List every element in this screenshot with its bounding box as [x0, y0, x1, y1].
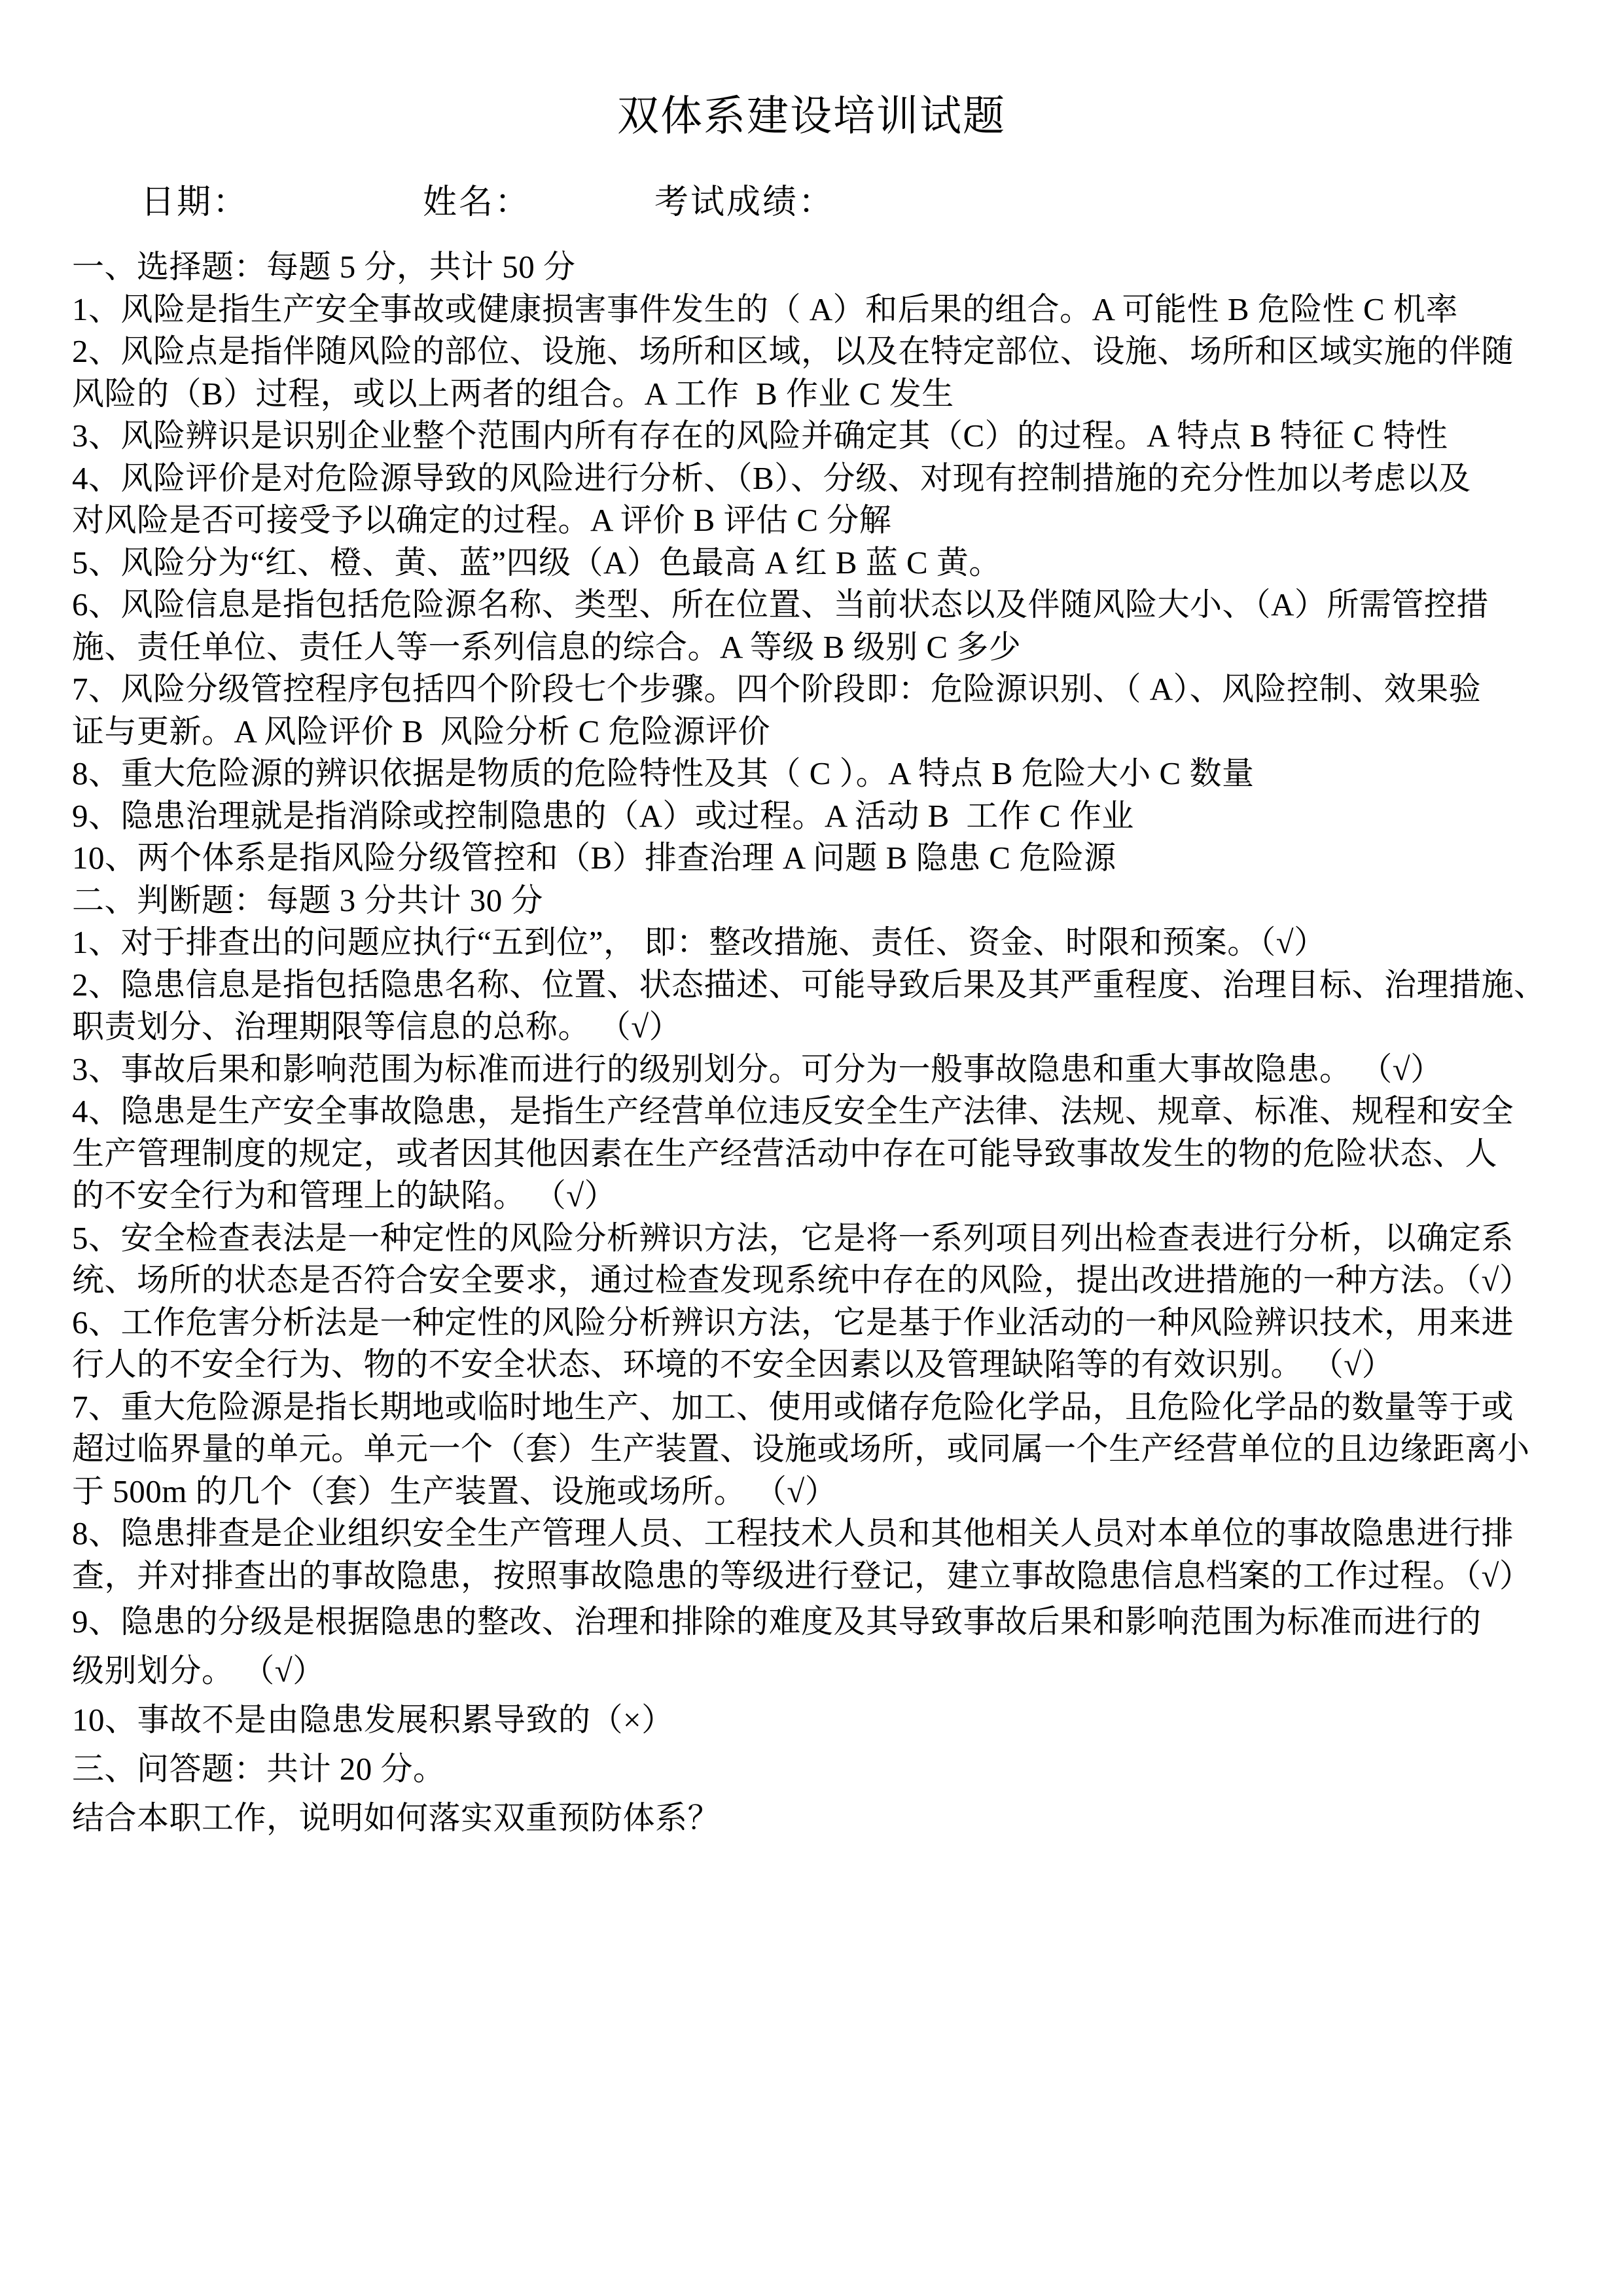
- s2-q5-line2: 统、场所的状态是否符合安全要求，通过检查发现系统中存在的风险，提出改进措施的一种…: [72, 1259, 1577, 1302]
- s2-q3: 3、事故后果和影响范围为标准而进行的级别划分。可分为一般事故隐患和重大事故隐患。…: [72, 1049, 1577, 1091]
- s2-q9-line1: 9、隐患的分级是根据隐患的整改、治理和排除的难度及其导致事故后果和影响范围为标准…: [72, 1597, 1577, 1646]
- s1-q7-line1: 7、风险分级管控程序包括四个阶段七个步骤。四个阶段即：危险源识别、（ A）、风险…: [72, 668, 1577, 711]
- s1-q4-line1: 4、风险评价是对危险源导致的风险进行分析、（B）、分级、对现有控制措施的充分性加…: [72, 457, 1577, 500]
- s1-q2-line1: 2、风险点是指伴随风险的部位、设施、场所和区域，以及在特定部位、设施、场所和区域…: [72, 331, 1577, 373]
- section-2-heading: 二、判断题：每题 3 分共计 30 分: [72, 880, 1577, 922]
- s2-q8-line2: 查，并对排查出的事故隐患，按照事故隐患的等级进行登记，建立事故隐患信息档案的工作…: [72, 1555, 1577, 1598]
- s2-q4-line3: 的不安全行为和管理上的缺陷。 （√）: [72, 1175, 1577, 1217]
- s2-q9-line2: 级别划分。 （√）: [72, 1646, 1577, 1695]
- s2-q2-line1: 2、隐患信息是指包括隐患名称、位置、状态描述、可能导致后果及其严重程度、治理目标…: [72, 964, 1577, 1007]
- header-fields-row: 日期： 姓名： 考试成绩：: [0, 174, 1623, 221]
- s2-q1: 1、对于排查出的问题应执行“五到位”， 即：整改措施、责任、资金、时限和预案。（…: [72, 922, 1577, 964]
- s2-q7-line2: 超过临界量的单元。单元一个（套）生产装置、设施或场所，或同属一个生产经营单位的且…: [72, 1428, 1577, 1471]
- s1-q1: 1、风险是指生产安全事故或健康损害事件发生的（ A）和后果的组合。A 可能性 B…: [72, 289, 1577, 331]
- s2-q7-line3: 于 500m 的几个（套）生产装置、设施或场所。 （√）: [72, 1471, 1577, 1513]
- exam-document-page: 双体系建设培训试题 日期： 姓名： 考试成绩： 一、选择题：每题 5 分，共计 …: [0, 0, 1623, 2296]
- s2-q6-line1: 6、工作危害分析法是一种定性的风险分析辨识方法，它是基于作业活动的一种风险辨识技…: [72, 1302, 1577, 1344]
- s2-q7-line1: 7、重大危险源是指长期地或临时地生产、加工、使用或储存危险化学品，且危险化学品的…: [72, 1386, 1577, 1429]
- s2-q4-line2: 生产管理制度的规定，或者因其他因素在生产经营活动中存在可能导致事故发生的物的危险…: [72, 1133, 1577, 1175]
- s2-q10: 10、事故不是由隐患发展积累导致的（×）: [72, 1695, 1577, 1744]
- s2-q8-line1: 8、隐患排查是企业组织安全生产管理人员、工程技术人员和其他相关人员对本单位的事故…: [72, 1513, 1577, 1555]
- s1-q7-line2: 证与更新。A 风险评价 B 风险分析 C 危险源评价: [72, 711, 1577, 753]
- date-label: 日期：: [141, 174, 249, 223]
- document-title: 双体系建设培训试题: [0, 82, 1623, 143]
- s1-q6-line2: 施、责任单位、责任人等一系列信息的综合。A 等级 B 级别 C 多少: [72, 626, 1577, 669]
- s1-q2-line2: 风险的（B）过程，或以上两者的组合。A 工作 B 作业 C 发生: [72, 373, 1577, 416]
- s1-q10: 10、两个体系是指风险分级管控和（B）排查治理 A 问题 B 隐患 C 危险源: [72, 837, 1577, 880]
- s1-q9: 9、隐患治理就是指消除或控制隐患的（A）或过程。A 活动 B 工作 C 作业: [72, 795, 1577, 838]
- s1-q8: 8、重大危险源的辨识依据是物质的危险特性及其（ C ）。A 特点 B 危险大小 …: [72, 753, 1577, 795]
- s1-q6-line1: 6、风险信息是指包括危险源名称、类型、所在位置、当前状态以及伴随风险大小、（A）…: [72, 584, 1577, 626]
- s2-q4-line1: 4、隐患是生产安全事故隐患，是指生产经营单位违反安全生产法律、法规、规章、标准、…: [72, 1090, 1577, 1133]
- s2-q2-line2: 职责划分、治理期限等信息的总称。 （√）: [72, 1006, 1577, 1049]
- document-body: 一、选择题：每题 5 分，共计 50 分1、风险是指生产安全事故或健康损害事件发…: [72, 246, 1577, 1842]
- s1-q3: 3、风险辨识是识别企业整个范围内所有存在的风险并确定其（C）的过程。A 特点 B…: [72, 415, 1577, 457]
- s1-q4-line2: 对风险是否可接受予以确定的过程。A 评价 B 评估 C 分解: [72, 499, 1577, 542]
- s2-q6-line2: 行人的不安全行为、物的不安全状态、环境的不安全因素以及管理缺陷等的有效识别。 （…: [72, 1344, 1577, 1386]
- s3-q1: 结合本职工作，说明如何落实双重预防体系？: [72, 1793, 1577, 1842]
- s2-q5-line1: 5、安全检查表法是一种定性的风险分析辨识方法，它是将一系列项目列出检查表进行分析…: [72, 1217, 1577, 1260]
- s1-q5: 5、风险分为“红、橙、黄、蓝”四级（A）色最高 A 红 B 蓝 C 黄。: [72, 542, 1577, 584]
- section-1-heading: 一、选择题：每题 5 分，共计 50 分: [72, 246, 1577, 289]
- name-label: 姓名：: [423, 174, 531, 223]
- exam-score-label: 考试成绩：: [654, 174, 834, 223]
- section-3-heading: 三、问答题：共计 20 分。: [72, 1744, 1577, 1793]
